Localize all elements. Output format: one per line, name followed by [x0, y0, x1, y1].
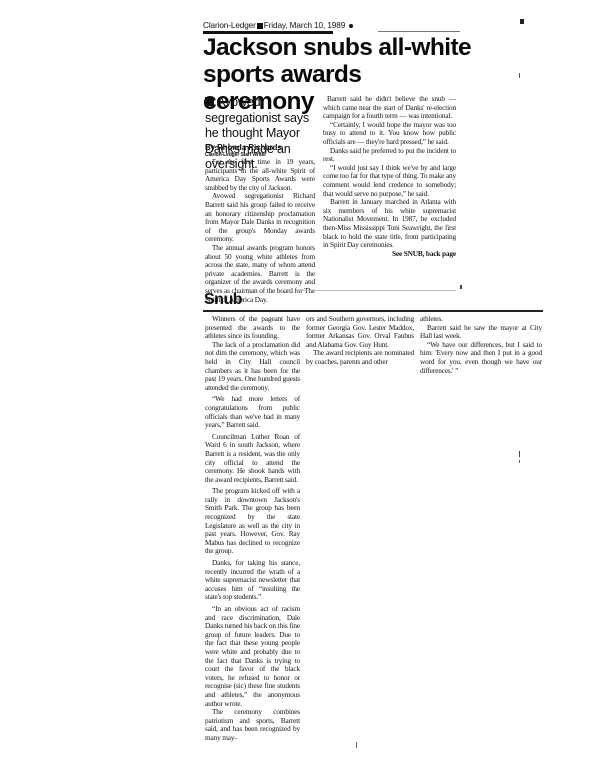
- paragraph: The award recipients are nominated by co…: [306, 349, 414, 366]
- byline-author: By Rhonda Richards: [205, 144, 282, 152]
- continuation-column-2: ors and Southern governors, including fo…: [306, 315, 414, 367]
- paragraph: ors and Southern governors, including fo…: [306, 315, 414, 349]
- square-bullet-icon: [205, 97, 214, 106]
- paragraph: The ceremony combines patriotism and spo…: [205, 708, 300, 742]
- headline-line-1: Jackson snubs all-white: [203, 34, 473, 61]
- paragraph: Barrett in January marched in Atlanta wi…: [323, 198, 456, 250]
- paragraph: For the first time in 19 years, particip…: [205, 158, 315, 192]
- paragraph: Barrett said he saw the mayor at City Ha…: [420, 324, 542, 341]
- paragraph: The program kicked off with a rally in d…: [205, 487, 300, 556]
- square-bullet-icon: [257, 23, 263, 29]
- publication-date: Friday, March 10, 1989: [264, 21, 345, 30]
- paragraph: Barrett said he didn't believe the snub …: [323, 95, 456, 121]
- section-title: Snub: [204, 291, 242, 309]
- scan-speck: [519, 73, 520, 78]
- dot-icon: [349, 24, 353, 28]
- continuation-column-3: athletes. Barrett said he saw the mayor …: [420, 315, 542, 375]
- paragraph: The lack of a proclamation did not dim t…: [205, 341, 300, 393]
- masthead-rule-faint: [378, 31, 460, 32]
- article-column-1: For the first time in 19 years, particip…: [205, 158, 315, 304]
- paragraph: Danks said he preferred to put the incid…: [323, 147, 456, 164]
- article-column-2: Barrett said he didn't believe the snub …: [323, 95, 456, 258]
- divider-faint: [296, 290, 456, 291]
- scan-speck: [460, 285, 462, 289]
- paragraph: Avowed segregationist Richard Barrett sa…: [205, 192, 315, 244]
- jump-line: See SNUB, back page: [323, 250, 456, 259]
- continuation-column-1: Winners of the pageant have presented th…: [205, 315, 300, 743]
- paragraph: “Certainly, I would hope the mayor was t…: [323, 121, 456, 147]
- masthead: Clarion-LedgerFriday, March 10, 1989: [203, 21, 353, 30]
- section-rule: [203, 310, 543, 312]
- paragraph: “We had more letters of congratulations …: [205, 395, 300, 429]
- paragraph: “In an obvious act of racism and race di…: [205, 605, 300, 708]
- paragraph: “We have our differences, but I said to …: [420, 341, 542, 375]
- scan-speck: [519, 451, 520, 457]
- paragraph: “I would just say I think we've by and l…: [323, 164, 456, 198]
- scan-speck: [356, 742, 357, 748]
- paper-name: Clarion-Ledger: [203, 21, 256, 30]
- scan-speck: [520, 19, 524, 24]
- scan-speck: [519, 460, 520, 463]
- paragraph: Winners of the pageant have presented th…: [205, 315, 300, 341]
- paragraph: Danks, for taking his stance, recently i…: [205, 559, 300, 602]
- paragraph: Councilman Luther Roan of Ward 6 in sout…: [205, 433, 300, 485]
